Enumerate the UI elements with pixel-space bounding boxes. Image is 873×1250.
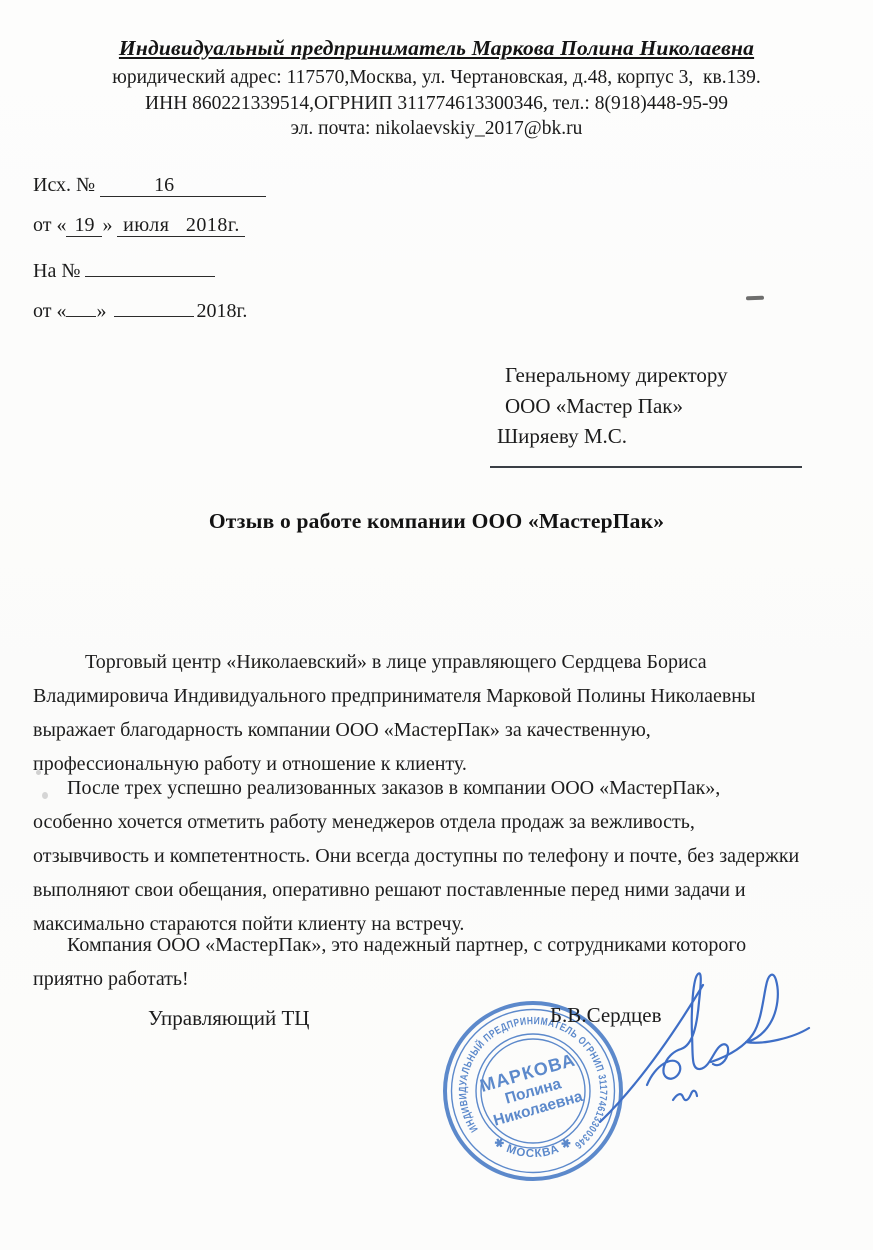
date2-month-blank [114,294,194,317]
recipient-block: Генеральному директору ООО «Мастер Пак» … [505,360,728,452]
scan-artifact [746,296,764,301]
letterhead: Индивидуальный предприниматель Маркова П… [0,36,873,142]
date2-year: 2018г. [196,300,247,322]
body-line: отзывчивость и компетентность. Они всегд… [33,839,848,873]
date-prefix: от « [33,214,66,236]
recipient-underline-rule [490,466,802,468]
date2-quote-close: » [96,300,106,322]
incoming-label: На № [33,260,80,282]
signer-position-title: Управляющий ТЦ [148,1006,309,1031]
body-line: Торговый центр «Николаевский» в лице упр… [33,645,848,679]
body-line: выражает благодарность компании ООО «Мас… [33,713,848,747]
document-title: Отзыв о работе компании ООО «МастерПак» [0,509,873,534]
date-day-value: 19 [66,214,102,237]
body-line: особенно хочется отметить работу менедже… [33,805,848,839]
handwritten-signature [585,950,815,1135]
outgoing-number-row: Исх. № 16 [33,174,266,214]
paragraph-2: После трех успешно реализованных заказов… [33,771,848,941]
incoming-date-row: от «»2018г. [33,294,266,334]
scan-artifact [36,770,41,775]
outgoing-date-row: от «19» июля 2018г. [33,214,266,254]
incoming-number-blank [85,254,215,277]
recipient-company: ООО «Мастер Пак» [505,391,728,422]
scan-artifact [42,792,48,799]
letterhead-address: юридический адрес: 117570,Москва, ул. Че… [0,65,873,91]
body-line: После трех успешно реализованных заказов… [33,771,848,805]
recipient-position: Генеральному директору [505,360,728,391]
date2-day-blank [66,294,96,317]
scanned-letter-page: Индивидуальный предприниматель Маркова П… [0,0,873,1250]
date-quote-close: » [102,214,112,236]
outgoing-label: Исх. № [33,174,95,196]
incoming-number-row: На № [33,254,266,294]
date-month-year-value: июля 2018г. [117,214,245,237]
date2-prefix: от « [33,300,66,322]
letterhead-title: Индивидуальный предприниматель Маркова П… [0,36,873,61]
body-line: Владимировича Индивидуального предприним… [33,679,848,713]
paragraph-1: Торговый центр «Николаевский» в лице упр… [33,645,848,781]
outgoing-number-value: 16 [100,174,266,197]
letterhead-email: эл. почта: nikolaevskiy_2017@bk.ru [0,116,873,142]
letterhead-inn: ИНН 860221339514,ОГРНИП 311774613300346,… [0,91,873,117]
recipient-name: Ширяеву М.С. [497,421,728,452]
body-line: выполняют свои обещания, оперативно реша… [33,873,848,907]
stamp-center-text: МАРКОВА Полина Николаевна [478,1050,588,1131]
reference-block: Исх. № 16 от «19» июля 2018г. На № от «»… [33,174,266,334]
